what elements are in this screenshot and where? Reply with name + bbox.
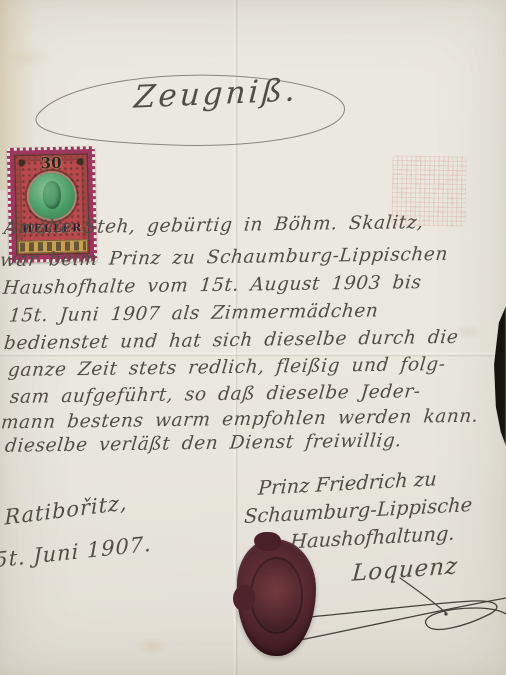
document-photo: Zeugniß. 30 HELLER Amälie Steh, gebürtig…	[0, 0, 506, 675]
revenue-stamp: 30 HELLER	[7, 146, 97, 263]
emperor-portrait-medallion	[28, 173, 75, 220]
stamp-ornament-panel: 30 HELLER	[14, 153, 90, 256]
wax-seal-emboss	[250, 557, 303, 634]
stamp-value-label: 30	[14, 153, 88, 173]
